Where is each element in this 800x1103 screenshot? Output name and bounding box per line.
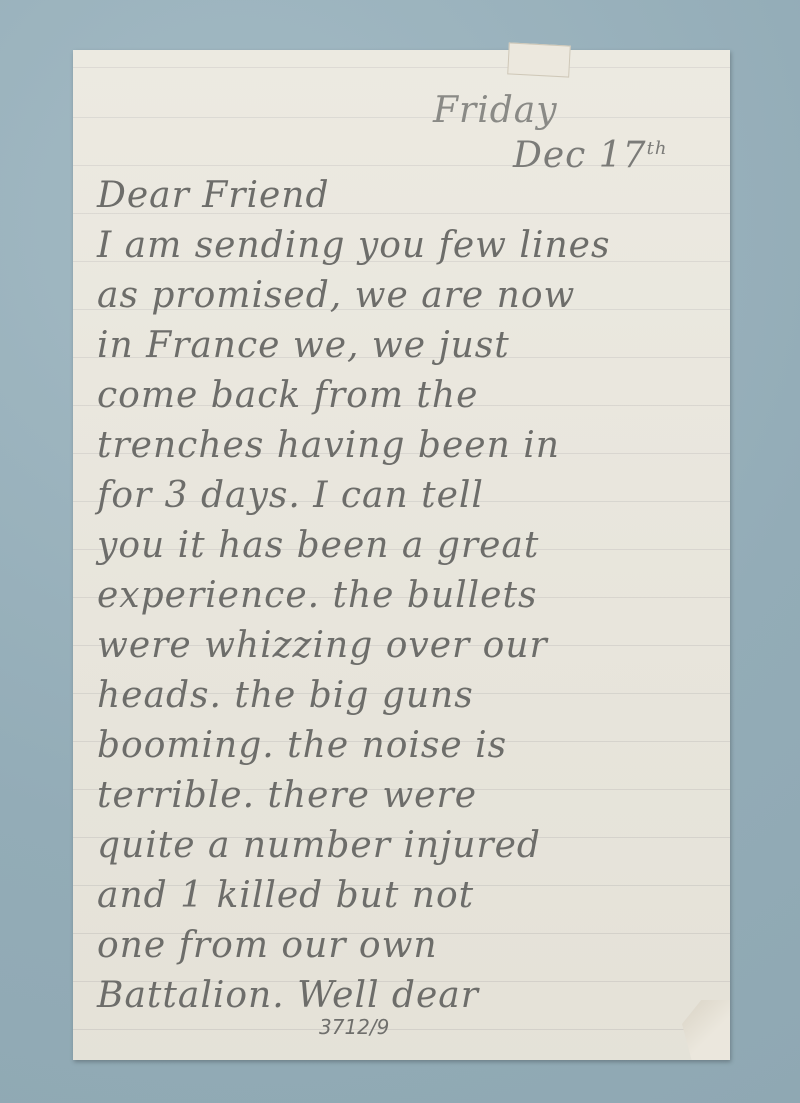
salutation: Dear Friend (97, 175, 330, 216)
date-suffix: th (647, 138, 668, 159)
date-text: Dec 17 (513, 135, 647, 176)
date-day: Friday (433, 90, 558, 131)
letter-line: you it has been a great (97, 525, 539, 566)
letter-line: heads. the big guns (97, 675, 474, 716)
letter-line: terrible. there were (97, 775, 477, 816)
letter-line: for 3 days. I can tell (97, 475, 484, 516)
letter-line: come back from the (97, 375, 478, 416)
letter-line: experience. the bullets (97, 575, 537, 616)
torn-tab (507, 42, 571, 77)
letter-line: as promised, we are now (97, 275, 575, 316)
letter-line: one from our own (97, 925, 438, 966)
letter-line: and 1 killed but not (97, 875, 474, 916)
letter-line: Battalion. Well dear (97, 975, 479, 1016)
letter-page: Friday Dec 17th Dear Friend I am sending… (73, 50, 730, 1060)
letter-line: trenches having been in (97, 425, 560, 466)
date: Dec 17th (513, 135, 667, 176)
catalog-number: 3712/9 (319, 1015, 389, 1039)
letter-line: booming. the noise is (97, 725, 507, 766)
letter-line: I am sending you few lines (97, 225, 610, 266)
letter-line: were whizzing over our (97, 625, 548, 666)
folded-corner (682, 1000, 730, 1060)
letter-line: quite a number injured (97, 825, 541, 866)
letter-line: in France we, we just (97, 325, 510, 366)
